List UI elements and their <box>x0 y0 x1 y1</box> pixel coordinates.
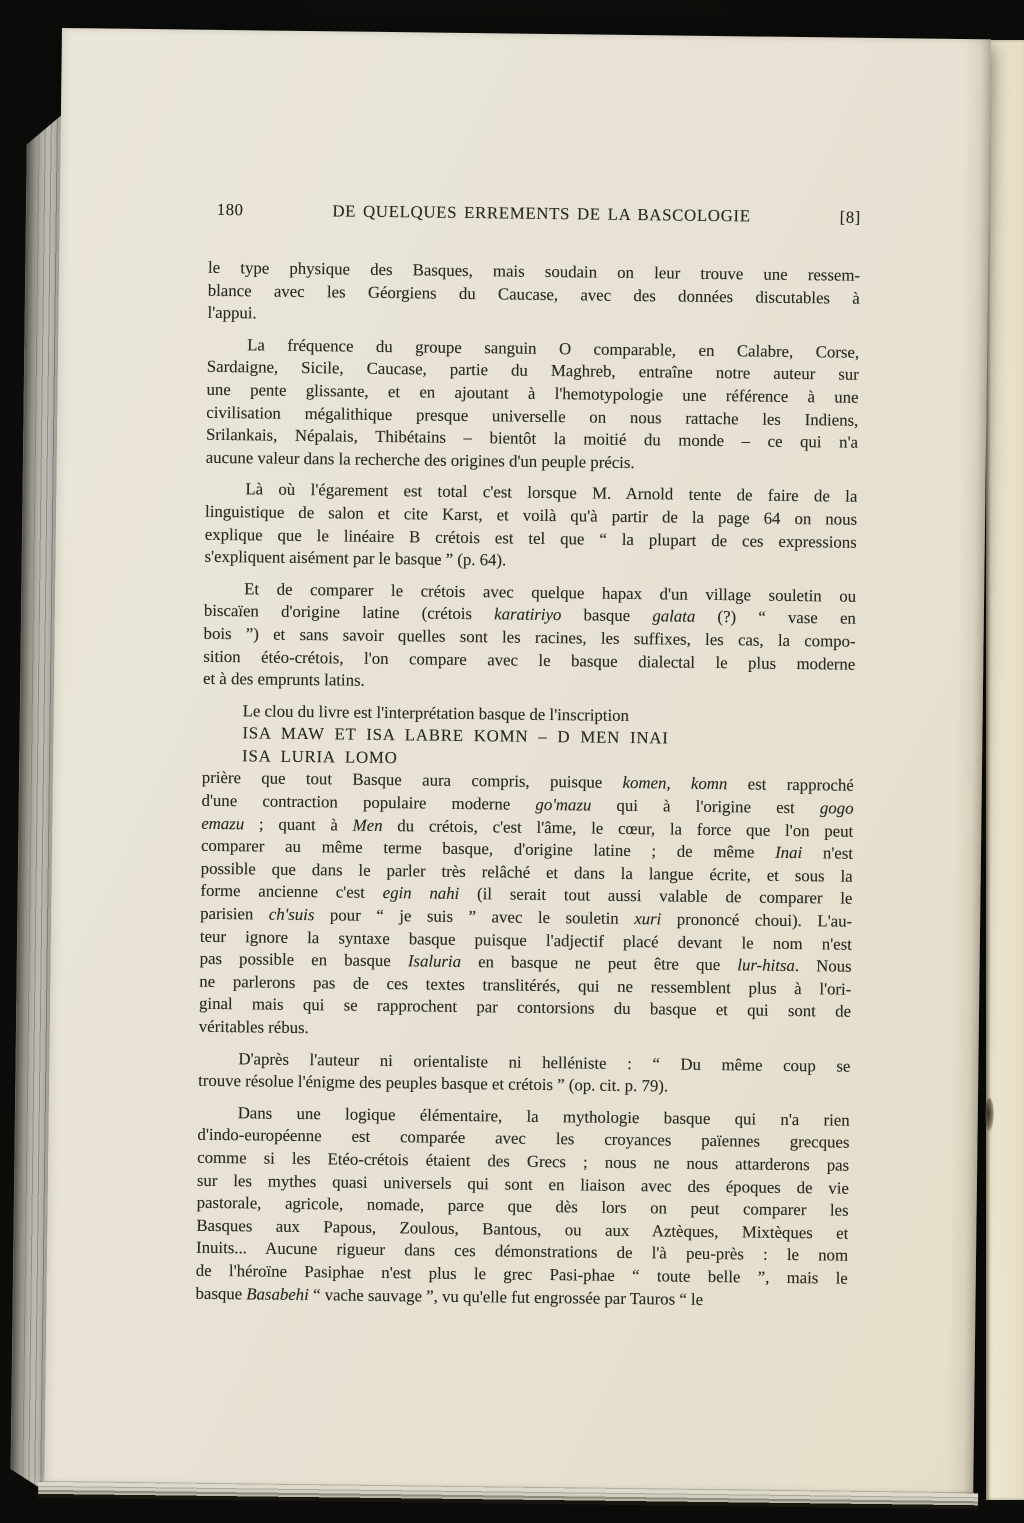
text-run: basque <box>195 1283 246 1303</box>
italic-term: komen, komn <box>623 773 728 793</box>
text-run: véritables rébus. <box>199 1017 309 1037</box>
text-run: parisien <box>200 904 269 924</box>
scan-background: 180 DE QUELQUES ERREMENTS DE LA BASCOLOG… <box>0 0 1024 1523</box>
text-run: (?) “ vase en <box>695 607 856 628</box>
book-page: 180 DE QUELQUES ERREMENTS DE LA BASCOLOG… <box>44 28 991 1494</box>
page-body: le type physique des Basques, mais souda… <box>195 257 860 1313</box>
paragraph: le type physique des Basques, mais souda… <box>207 257 860 333</box>
italic-term: egin nahi <box>383 883 460 903</box>
facing-page-edge <box>986 40 1024 1500</box>
text-run: basque <box>561 605 652 625</box>
italic-term: lur-hitsa <box>737 956 795 976</box>
text-run: (il serait tout aussi valable de compare… <box>459 884 852 908</box>
text-run: l'appui. <box>207 303 256 323</box>
text-run: trouve résolue l'énigme des peuples basq… <box>198 1071 668 1096</box>
italic-term: galata <box>652 607 695 627</box>
text-run: ISA MAW ET ISA LABRE KOMN – D MEN INAI <box>242 724 669 748</box>
text-run: est rapproché <box>727 775 854 796</box>
bracket-section-number: [8] <box>840 207 861 229</box>
italic-term: gogo <box>820 798 854 817</box>
paragraph: Là où l'égarement est total c'est lorsqu… <box>204 478 857 576</box>
text-run: ISA LURIA LOMO <box>242 746 398 767</box>
page-content: 180 DE QUELQUES ERREMENTS DE LA BASCOLOG… <box>195 199 860 1313</box>
paragraph: La fréquence du groupe sanguin O compara… <box>206 334 860 478</box>
italic-term: karatiriyo <box>494 605 561 625</box>
italic-term: xuri <box>634 909 661 928</box>
text-run: et à des emprunts latins. <box>203 669 365 690</box>
text-run: Le clou du livre est l'interprétation ba… <box>243 701 630 725</box>
text-run: du crétois, c'est l'âme, le cœur, la for… <box>382 816 853 841</box>
page-header: 180 DE QUELQUES ERREMENTS DE LA BASCOLOG… <box>209 199 861 229</box>
text-run: en basque ne peut être que <box>461 952 738 974</box>
paragraph: Dans une logique élémentaire, la mytholo… <box>195 1102 849 1313</box>
text-run: qui à l'origine est <box>591 796 820 818</box>
text-run: biscaïen d'origine latine (crétois <box>204 601 495 624</box>
text-run: pour “ je suis ” avec le souletin <box>314 905 634 928</box>
italic-term: emazu <box>201 813 244 833</box>
page-number: 180 <box>217 199 244 221</box>
text-run: “ vache sauvage ”, vu qu'elle fut engros… <box>309 1285 704 1309</box>
text-run: forme ancienne c'est <box>200 881 382 902</box>
paragraph: Le clou du livre est l'interprétation ba… <box>199 699 855 1046</box>
text-run: pas possible en basque <box>200 949 408 971</box>
text-run: s'expliquent aisément par le basque ” (p… <box>204 547 506 570</box>
italic-term: Men <box>353 815 383 834</box>
italic-term: Inai <box>775 843 802 862</box>
italic-term: go'mazu <box>535 795 591 815</box>
text-run: aucune valeur dans la recherche des orig… <box>206 448 635 472</box>
paragraph: Et de comparer le crétois avec quelque h… <box>203 577 856 698</box>
text-run: prononcé choui). L'au- <box>661 909 852 930</box>
text-run: n'est <box>802 843 853 863</box>
italic-term: Basabehi <box>246 1284 309 1304</box>
page-bottom-edges <box>38 1481 978 1516</box>
text-run: prière que tout Basque aura compris, pui… <box>202 768 623 792</box>
text-run: d'une contraction populaire moderne <box>201 791 535 814</box>
italic-term: Isaluria <box>408 952 461 972</box>
gutter-blemish-speck <box>985 1098 994 1132</box>
italic-term: ch'suis <box>269 905 315 925</box>
running-title: DE QUELQUES ERREMENTS DE LA BASCOLOGIE <box>243 199 839 228</box>
text-run: ; quant à <box>244 814 353 834</box>
text-run: . Nous <box>795 956 852 976</box>
paragraph: D'après l'auteur ni orientaliste ni hell… <box>198 1047 851 1100</box>
